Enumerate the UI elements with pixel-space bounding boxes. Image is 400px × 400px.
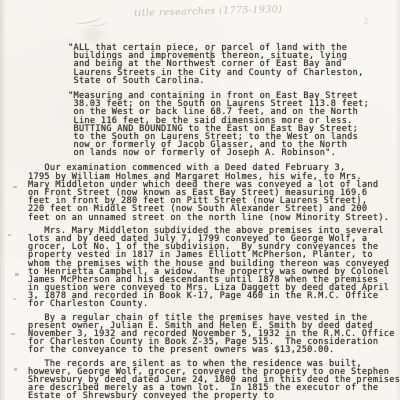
- text-line: on lands now or formerly of Joseph A. Ro…: [68, 149, 400, 157]
- text-line: for Charleston County.: [28, 300, 400, 308]
- scan-speck: [8, 234, 11, 236]
- paragraph: "ALL that certain piece, or parcel of la…: [68, 44, 400, 85]
- text-line: for the conveyance to the present owners…: [28, 346, 400, 354]
- text-line: Estate of Shrewsbury conveyed the proper…: [28, 392, 400, 400]
- document-body: "ALL that certain piece, or parcel of la…: [28, 44, 400, 400]
- scanned-document-page: title researches (1775-1930) 3 "ALL that…: [0, 0, 400, 400]
- scan-speck: [11, 333, 15, 335]
- paragraph: By a regular chain of title the premises…: [28, 314, 400, 355]
- page-number: 3: [363, 17, 368, 27]
- pencil-scribble: [90, 18, 109, 27]
- text-line: feet on an unnamed street on the north l…: [28, 214, 400, 222]
- paragraph: The records are silent as to when the re…: [28, 360, 400, 400]
- pencil-scribble: [73, 10, 102, 26]
- handwritten-note: title researches (1775-1930): [134, 4, 283, 19]
- paragraph: "Measuring and containing in front on Ea…: [68, 92, 400, 158]
- scan-speck: [14, 368, 17, 371]
- paragraph: Mrs. Mary Middleton subdivided the above…: [28, 227, 400, 309]
- scan-speck: [13, 186, 17, 188]
- scan-speck: [13, 298, 16, 300]
- paragraph: Our examination commenced with a Deed da…: [28, 164, 400, 221]
- scan-speck: [15, 273, 19, 276]
